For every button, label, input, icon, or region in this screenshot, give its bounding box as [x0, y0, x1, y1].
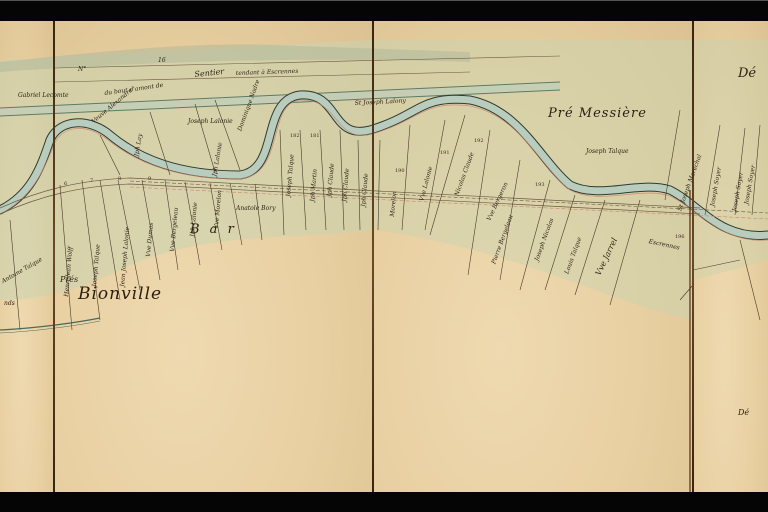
parcel-number: 181: [310, 133, 320, 139]
right-page-fragment: Dé: [738, 408, 749, 417]
place-name-bionville: Bionville: [78, 284, 162, 304]
owner-label: Joseph Talque: [586, 148, 629, 155]
bottom-letterbox: [0, 492, 768, 512]
parcel-number: 9: [148, 176, 151, 182]
parcel-number: 7: [90, 178, 93, 184]
parcel-number: 182: [290, 133, 300, 139]
page-fold-3: [692, 21, 694, 492]
map-scan-viewer: N° 16 Sentier tendant à Escrennes du bou…: [0, 0, 768, 512]
parcel-number: 191: [440, 150, 450, 156]
owner-label: Joseph Lalonie: [188, 118, 233, 125]
plan-number: 16: [158, 57, 166, 64]
parcel-number: 190: [395, 168, 405, 174]
top-letterbox: [0, 0, 768, 22]
parcel-number: 8: [118, 176, 121, 182]
page-fold-2: [372, 21, 374, 492]
parcel-number: 6: [64, 181, 67, 187]
plan-number-prefix: N°: [78, 66, 86, 73]
right-page-fragment: Dé: [738, 66, 756, 81]
place-name-pre-messiere: Pré Messière: [548, 106, 647, 121]
owner-label: Anatole Bory: [236, 205, 275, 212]
parcel-number: 193: [535, 182, 545, 188]
parcel-number: 192: [474, 138, 484, 144]
owner-label: Gabriel Lecomte: [18, 92, 69, 99]
owner-label: nds: [4, 300, 15, 307]
parcel-number: 196: [675, 234, 685, 240]
